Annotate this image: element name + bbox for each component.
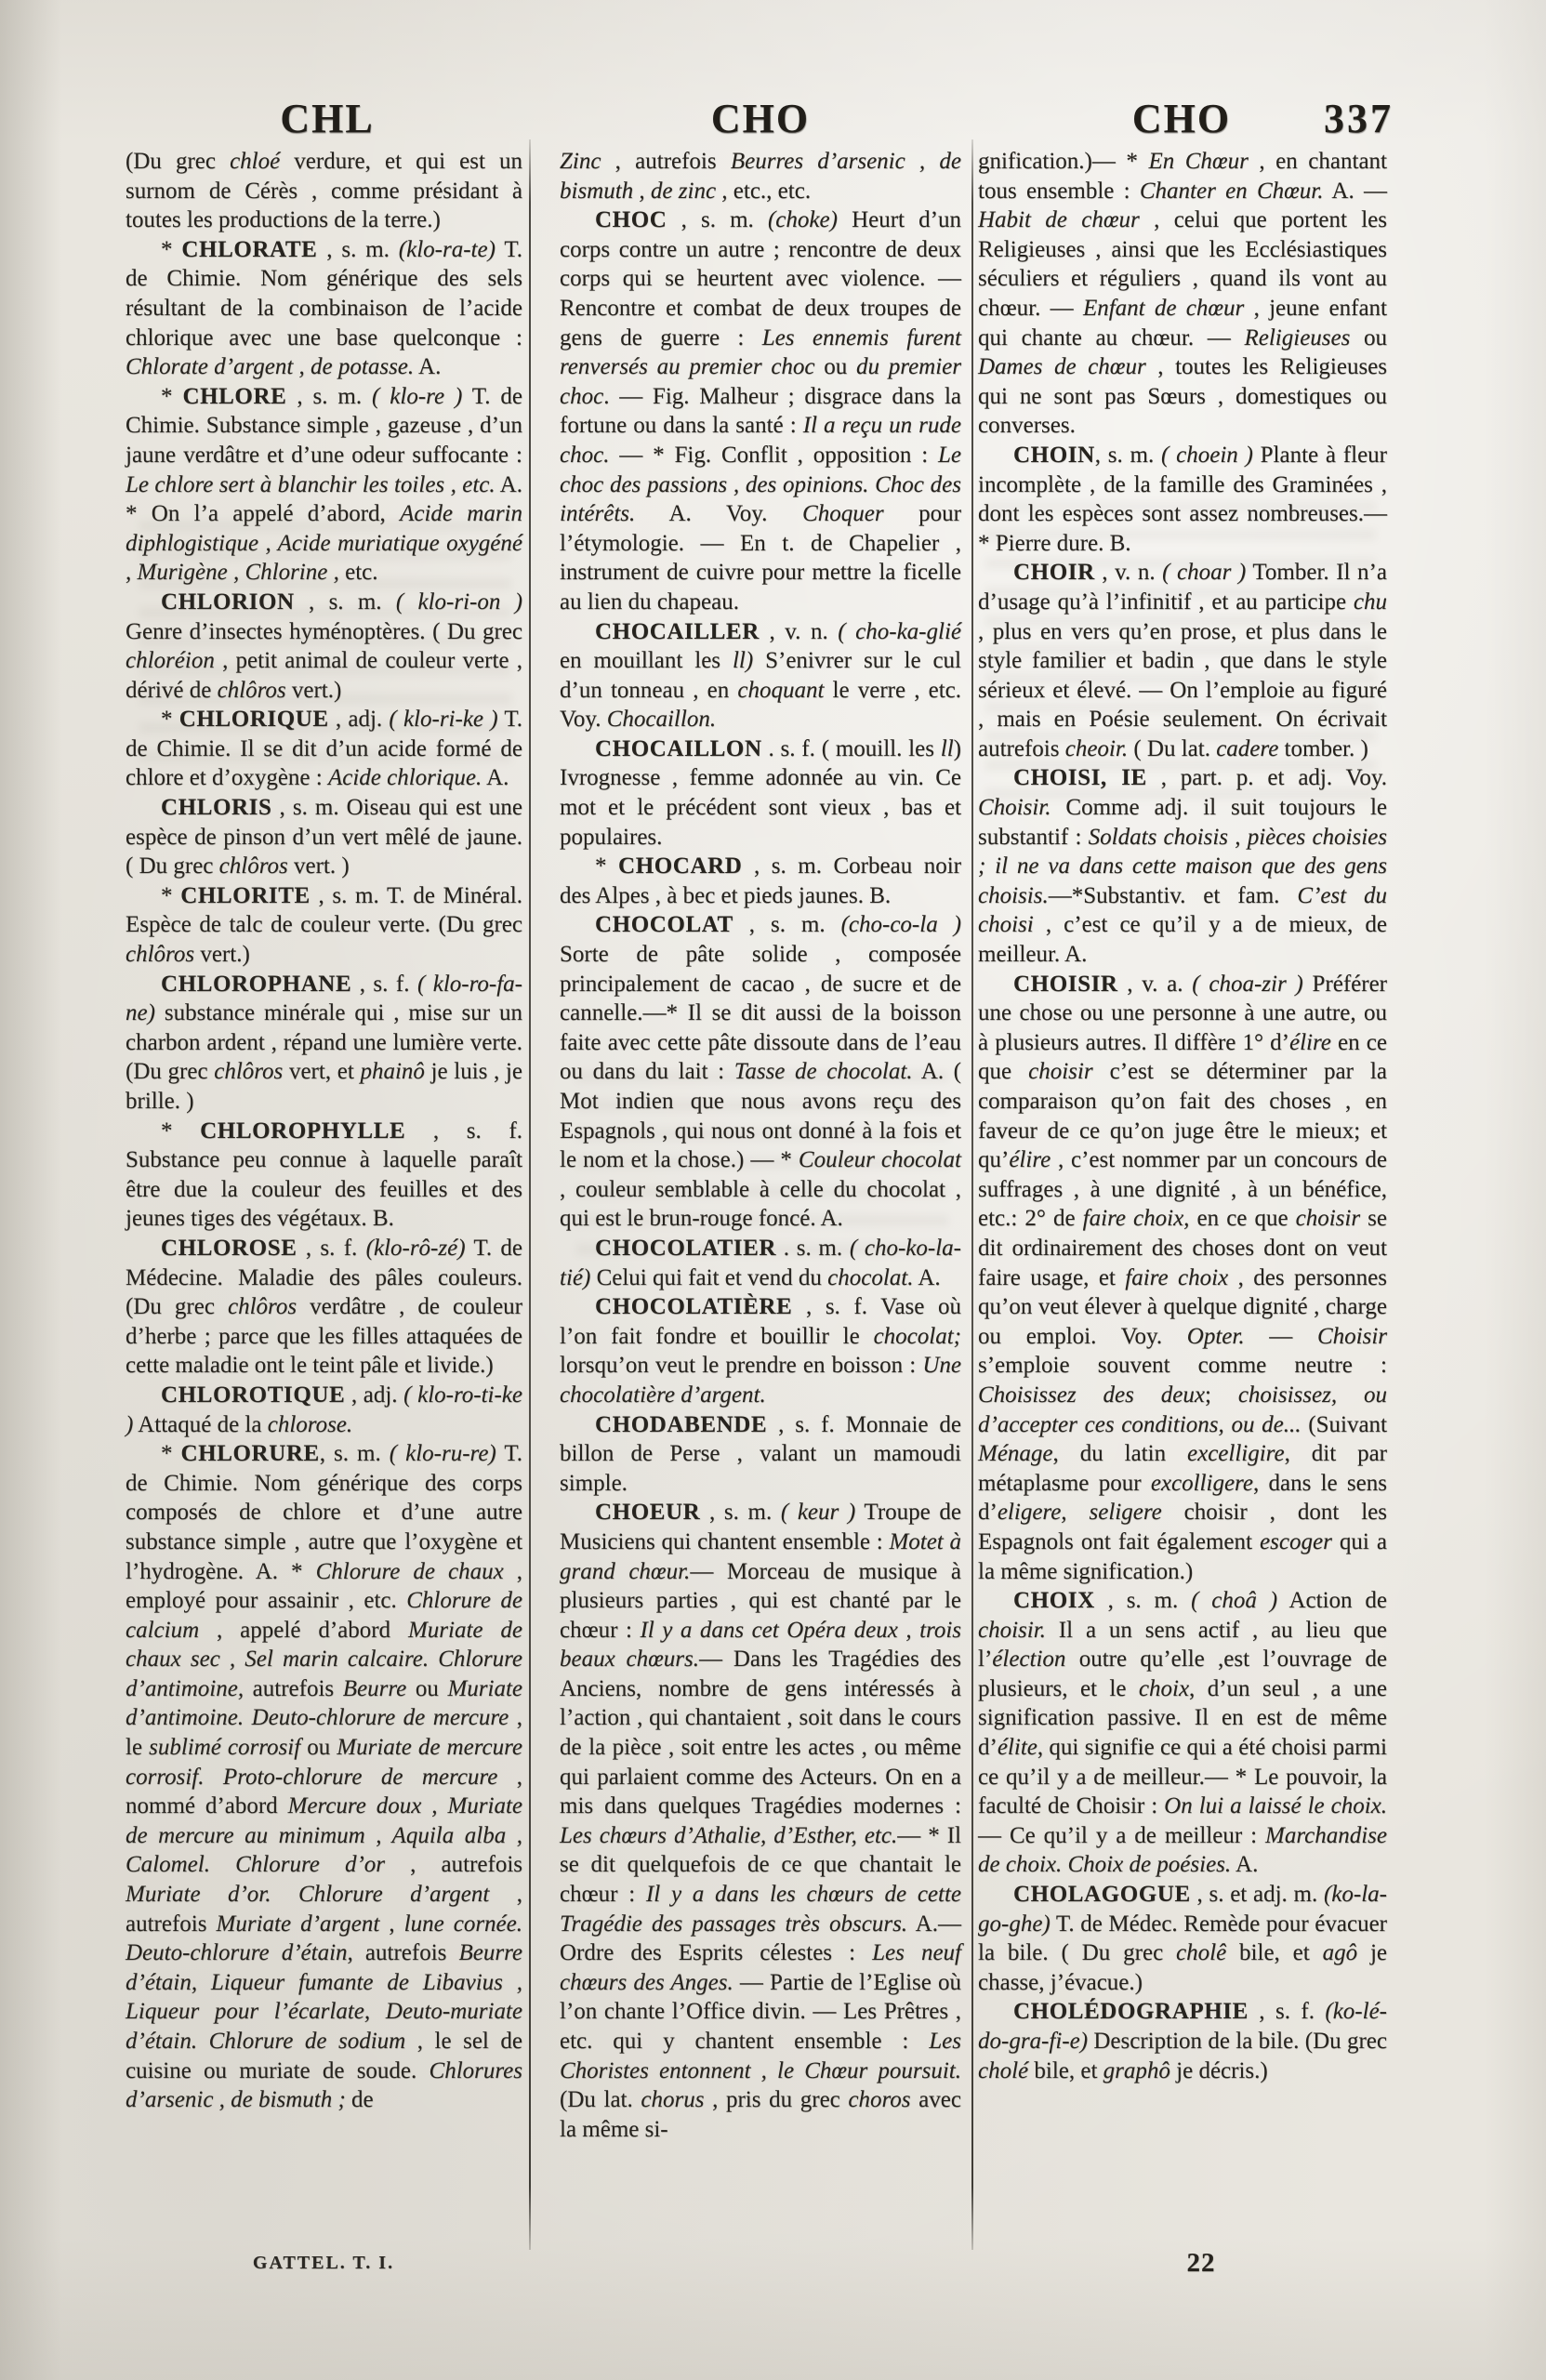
page-number: 337 [1324, 96, 1394, 142]
headword: CHLOROPHANE [161, 972, 351, 997]
entry-cholagogue: CHOLAGOGUE , s. et adj. m. (ko-la-go-ghe… [978, 1880, 1387, 1997]
headword: CHLORIQUE [179, 707, 329, 732]
italic-text: eligere, seligere [998, 1500, 1162, 1525]
italic-text: ( klo-ri-ke ) [389, 707, 497, 732]
body-text: , s. m. [295, 589, 396, 615]
italic-text: ll) [733, 648, 753, 673]
entry-chlorate: * CHLORATE , s. m. (klo-ra-te) T. de Chi… [126, 235, 522, 382]
italic-text: faire choix [1125, 1265, 1228, 1290]
italic-text: Acide chlorique. [328, 765, 482, 790]
headword: CHOCOLATIER [595, 1236, 776, 1261]
body-text: vert, et [283, 1059, 360, 1084]
body-text: , s. m. [700, 1500, 781, 1525]
entry-chocaillon: CHOCAILLON . s. f. ( mouill. les ll) Ivr… [560, 734, 961, 852]
italic-text: chlôros [218, 678, 286, 703]
italic-text: Choisir [1317, 1324, 1387, 1349]
headword: CHOCOLAT [595, 912, 733, 937]
italic-text: Zinc [560, 149, 601, 174]
body-text: * [161, 1118, 200, 1144]
headword: CHLORATE [181, 237, 317, 262]
italic-text: sublimé corrosif [149, 1735, 300, 1760]
entry-choir: CHOIR , v. n. ( choar ) Tomber. Il n’a d… [978, 558, 1387, 763]
body-text: , autrefois [385, 1852, 522, 1877]
body-text: je décris.) [1170, 2058, 1268, 2083]
headword: CHLORE [182, 384, 286, 409]
body-text: , du latin [1053, 1441, 1187, 1466]
headword: CHLORIS [161, 795, 272, 820]
italic-text: ( choa-zir ) [1192, 972, 1302, 997]
sheet-number: 22 [1187, 2248, 1216, 2279]
headword: CHODABENDE [595, 1412, 767, 1437]
body-text: * [161, 384, 182, 409]
entry-choledographie: CHOLÉDOGRAPHIE , s. f. (ko-lé-do-gra-fi-… [978, 1997, 1387, 2085]
printer-signature: GATTEL. T. I. [253, 2253, 394, 2274]
body-text: , s. f. [297, 1236, 366, 1261]
italic-text: chlorose. [268, 1412, 352, 1437]
column-divider [529, 139, 531, 2250]
body-text: , autrefois [601, 149, 730, 174]
body-text: ou [815, 354, 857, 379]
body-text: en ce que [1189, 1206, 1295, 1231]
body-text: , s. m. [320, 1441, 390, 1466]
body-text: . s. m. [776, 1236, 850, 1261]
headword: CHLORURE [181, 1441, 320, 1466]
italic-text: chorus [641, 2087, 704, 2112]
body-text: Description de la bile. (Du grec [1088, 2029, 1387, 2054]
headword: CHOIR [1013, 560, 1095, 585]
italic-text: Choquer [802, 501, 884, 526]
italic-text: faire choix, [1083, 1206, 1190, 1231]
italic-text: En Chœur [1148, 149, 1248, 174]
body-text: , appelé d’abord [199, 1618, 408, 1643]
body-text: A. [482, 765, 509, 790]
italic-text: élire [1009, 1147, 1050, 1172]
italic-text: chlôros [214, 1059, 283, 1084]
body-text: A. — [1324, 178, 1387, 204]
body-text: A. [913, 1265, 940, 1290]
body-text: * [161, 237, 181, 262]
entry-chloris: CHLORIS , s. m. Oiseau qui est une espèc… [126, 793, 522, 881]
entry-chlorite: * CHLORITE , s. m. T. de Minéral. Espèce… [126, 881, 522, 970]
italic-text: graphô [1103, 2058, 1170, 2083]
entry-chocailler: CHOCAILLER , v. n. ( cho-ka-glié en moui… [560, 617, 961, 734]
body-text: , v. n. [760, 619, 838, 644]
running-head-right: CHO [1132, 96, 1231, 142]
headword: CHLORITE [180, 883, 311, 908]
italic-text: choros [848, 2087, 910, 2112]
body-text: vert.) [194, 942, 250, 967]
body-text: (Suivant [1302, 1412, 1387, 1437]
entry-choisir: CHOISIR , v. a. ( choa-zir ) Préférer un… [978, 970, 1387, 1586]
body-text: , [379, 1911, 403, 1937]
running-head-left: CHL [280, 96, 374, 142]
italic-text: ll [941, 736, 954, 761]
italic-text: Les chœurs d’Athalie, d’Esther, etc. [560, 1823, 897, 1848]
body-text: * [161, 883, 180, 908]
headword: CHOCAILLER [595, 619, 760, 644]
body-text: de [346, 2087, 374, 2112]
body-text: bile, et [1028, 2058, 1103, 2083]
body-text: , s. et adj. m. [1191, 1882, 1324, 1907]
entry-choin: CHOIN, s. m. ( choein ) Plante à fleur i… [978, 441, 1387, 558]
body-text: — Ce qu’il y a de meilleur : [978, 1823, 1265, 1848]
body-text: etc. [339, 560, 378, 585]
body-text: , pris du grec [704, 2087, 848, 2112]
italic-text: chocolat. [827, 1265, 913, 1290]
italic-text: excolligere [1151, 1471, 1253, 1496]
italic-text: Chanter en Chœur. [1140, 178, 1324, 204]
entry-chocard: * CHOCARD , s. m. Corbeau noir des Alpes… [560, 852, 961, 910]
text-column-2: Zinc , autrefois Beurres d’arsenic , de … [560, 147, 961, 2144]
body-text: autrefois [353, 1940, 459, 1965]
body-text: bile, et [1226, 1940, 1322, 1965]
body-text: , s. m. [317, 237, 398, 262]
body-text: , s. f. [351, 972, 417, 997]
body-text: —*Substantiv. et fam. [1049, 883, 1298, 908]
italic-text: escoger [1260, 1529, 1332, 1554]
italic-text: Opter. [1187, 1324, 1245, 1349]
continuation-choeur: gnification.)— * En Chœur , en chantant … [978, 147, 1387, 441]
italic-text: chlôros [219, 853, 288, 879]
body-text: , s. m. [1095, 443, 1161, 468]
body-text: — [1245, 1324, 1317, 1349]
headword: CHOLÉDOGRAPHIE [1013, 1999, 1249, 2024]
body-text: — Dans les Tragédies des Anciens, nombre… [560, 1646, 961, 1818]
italic-text: Choisissez des deux [978, 1382, 1205, 1408]
entry-chocolat: CHOCOLAT , s. m. (cho-co-la ) Sorte de p… [560, 910, 961, 1234]
italic-text: Religieuses [1244, 325, 1350, 350]
entry-chlore: * CHLORE , s. m. ( klo-re ) T. de Chimie… [126, 382, 522, 588]
body-text: A. [414, 354, 441, 379]
text-column-3: gnification.)— * En Chœur , en chantant … [978, 147, 1387, 2085]
body-text: , adj. [345, 1382, 403, 1408]
headword: CHOCAILLON [595, 736, 762, 761]
body-text: A. Voy. [635, 501, 802, 526]
entry-choc: CHOC , s. m. (choke) Heurt d’un corps co… [560, 205, 961, 616]
italic-text: choquant [737, 678, 824, 703]
italic-text: choisir [1296, 1206, 1360, 1231]
entry-chlorion: CHLORION , s. m. ( klo-ri-on ) Genre d’i… [126, 588, 522, 705]
italic-text: ( choar ) [1162, 560, 1246, 585]
entry-chlorophane: CHLOROPHANE , s. f. ( klo-ro-fa-ne) subs… [126, 970, 522, 1117]
headword: CHLOROTIQUE [161, 1382, 345, 1408]
italic-text: élite [998, 1735, 1037, 1760]
body-text: * [161, 707, 179, 732]
headword: CHOLAGOGUE [1013, 1882, 1191, 1907]
body-text: Action de [1277, 1588, 1387, 1613]
italic-text: chocolat; [874, 1324, 961, 1349]
body-text: , v. n. [1095, 560, 1162, 585]
italic-text: ( choâ ) [1191, 1588, 1277, 1613]
body-text: * [161, 1441, 181, 1466]
body-text: ou [1350, 325, 1387, 350]
body-text: ( Du lat. [1128, 736, 1216, 761]
italic-text: (choke) [768, 207, 838, 232]
italic-text: Beurre [343, 1676, 407, 1701]
entry-choix: CHOIX , s. m. ( choâ ) Action de choisir… [978, 1586, 1387, 1880]
headword: CHOIN [1013, 443, 1095, 468]
italic-text: cadere [1216, 736, 1278, 761]
body-text: Celui qui fait et vend du [590, 1265, 827, 1290]
body-text: Genre d’insectes hyménoptères. ( Du grec [126, 619, 522, 644]
body-text: , s. f. [1249, 1999, 1326, 2024]
body-text: — * Fig. Conflit , opposition : [609, 443, 938, 468]
entry-choisi: CHOISI, IE , part. p. et adj. Voy. Chois… [978, 763, 1387, 969]
italic-text: (klo-ra-te) [399, 237, 496, 262]
entry-chlorose: CHLOROSE , s. f. (klo-rô-zé) T. de Médec… [126, 1234, 522, 1381]
italic-text: cholé [978, 2058, 1028, 2083]
continuation-chlorure: Zinc , autrefois Beurres d’arsenic , de … [560, 147, 961, 205]
body-text: , part. p. et adj. Voy. [1147, 765, 1387, 790]
body-text: gnification.)— * [978, 149, 1148, 174]
body-text: , v. a. [1118, 972, 1193, 997]
column-divider [971, 139, 973, 2250]
body-text: lorsqu’on veut le prendre en boisson : [560, 1353, 922, 1378]
body-text: , s. m. [733, 912, 841, 937]
italic-text: Muriate d’or. Chlorure d’argent [126, 1882, 489, 1907]
italic-text: ( klo-re ) [372, 384, 462, 409]
italic-text: (cho-co-la ) [841, 912, 961, 937]
italic-text: élection [992, 1646, 1065, 1672]
italic-text: Chlorure de chaux [316, 1559, 504, 1584]
italic-text: Le chlore sert à blanchir les toiles , e… [126, 472, 496, 497]
italic-text: excelligire [1187, 1441, 1285, 1466]
italic-text: chu [1354, 589, 1387, 615]
headword: CHOCOLATIÈRE [595, 1294, 792, 1319]
body-text: , s. m. [1095, 1588, 1191, 1613]
body-text: etc., etc. [728, 178, 812, 204]
body-text: s’emploie souvent comme neutre : [978, 1353, 1387, 1378]
entry-chlorophylle: * CHLOROPHYLLE , s. f. Substance peu con… [126, 1117, 522, 1234]
italic-text: ( klo-ri-on ) [396, 589, 522, 615]
italic-text: élire [1289, 1030, 1331, 1055]
italic-text: ( choein ) [1161, 443, 1253, 468]
headword: CHOISIR [1013, 972, 1118, 997]
italic-text: choisir. [978, 1618, 1046, 1643]
italic-text: chlôros [126, 942, 194, 967]
running-head-middle: CHO [711, 96, 810, 142]
italic-text: Chlorate d’argent , de potasse. [126, 354, 414, 379]
headword: CHLOROPHYLLE [200, 1118, 405, 1144]
italic-text: (klo-rô-zé) [366, 1236, 466, 1261]
body-text: tomber. ) [1278, 736, 1368, 761]
italic-text: Habit de chœur [978, 207, 1140, 232]
body-text: Attaqué de la [133, 1412, 267, 1437]
italic-text: chloé [230, 149, 280, 174]
italic-text: ( cho-ka-glié [838, 619, 961, 644]
italic-text: Chocaillon. [607, 707, 716, 732]
body-text: ou [406, 1676, 447, 1701]
italic-text: Muriate d’argent [217, 1911, 380, 1937]
entry-chocolatiere: CHOCOLATIÈRE , s. f. Vase où l’on fait f… [560, 1292, 961, 1409]
italic-text: Tasse de chocolat. [734, 1059, 913, 1084]
body-text: ; [1205, 1382, 1238, 1408]
headword: CHOC [595, 207, 667, 232]
entry-chlorique: * CHLORIQUE , adj. ( klo-ri-ke ) T. de C… [126, 705, 522, 793]
italic-text: Enfant de chœur [1083, 296, 1244, 321]
headword: CHOISI, IE [1013, 765, 1147, 790]
body-text: * [595, 853, 618, 879]
italic-text: cholê [1176, 1940, 1226, 1965]
body-text: ou [300, 1735, 337, 1760]
body-text: . s. f. ( mouill. les [762, 736, 941, 761]
body-text: , s. m. [286, 384, 372, 409]
italic-text: phainô [360, 1059, 424, 1084]
italic-text: ( keur ) [781, 1500, 855, 1525]
body-text: autrefois [244, 1676, 343, 1701]
italic-text: On lui a laissé le choix. [1164, 1793, 1387, 1818]
continuation-chl: (Du grec chloé verdure, et qui est un su… [126, 147, 522, 235]
body-text: (Du lat. [560, 2087, 641, 2112]
italic-text: ( klo-ru-re) [390, 1441, 496, 1466]
body-text: , s. m. [667, 207, 768, 232]
headword: CHLOROSE [161, 1236, 297, 1261]
body-text: (Du grec [126, 149, 230, 174]
entry-choeur: CHOEUR , s. m. ( keur ) Troupe de Musici… [560, 1498, 961, 2144]
headword: CHOEUR [595, 1500, 700, 1525]
body-text: en mouillant les [560, 648, 733, 673]
italic-text: choix [1139, 1676, 1189, 1701]
italic-text: choisir [1028, 1059, 1092, 1084]
italic-text: cheoir. [1065, 736, 1128, 761]
headword: CHOCARD [618, 853, 742, 879]
text-column-1: (Du grec chloé verdure, et qui est un su… [126, 147, 522, 2115]
entry-chocolatier: CHOCOLATIER . s. m. ( cho-ko-la-tié) Cel… [560, 1234, 961, 1292]
body-text: A. [1231, 1852, 1258, 1877]
body-text: vert.) [286, 678, 342, 703]
dictionary-page: CHL CHO CHO 337 (Du grec chloé verdure, … [0, 0, 1546, 2380]
italic-text: chloréion [126, 648, 215, 673]
italic-text: Choisir. [978, 795, 1051, 820]
entry-chlorotique: CHLOROTIQUE , adj. ( klo-ro-ti-ke ) Atta… [126, 1381, 522, 1439]
italic-text: agô [1323, 1940, 1358, 1965]
italic-text: Ménage [978, 1441, 1053, 1466]
body-text: , adj. [329, 707, 390, 732]
body-text: vert. ) [288, 853, 350, 879]
body-text: , couleur semblable à celle du chocolat … [560, 1177, 961, 1232]
entry-chodabende: CHODABENDE , s. f. Monnaie de billon de … [560, 1410, 961, 1499]
headword: CHOIX [1013, 1588, 1095, 1613]
entry-chlorure: * CHLORURE, s. m. ( klo-ru-re) T. de Chi… [126, 1439, 522, 2115]
italic-text: chlôros [228, 1294, 297, 1319]
headword: CHLORION [161, 589, 295, 615]
italic-text: Couleur chocolat [799, 1147, 961, 1172]
body-text: , c’est ce qu’il y a de mieux, de meille… [978, 912, 1387, 967]
italic-text: Dames de chœur [978, 354, 1146, 379]
